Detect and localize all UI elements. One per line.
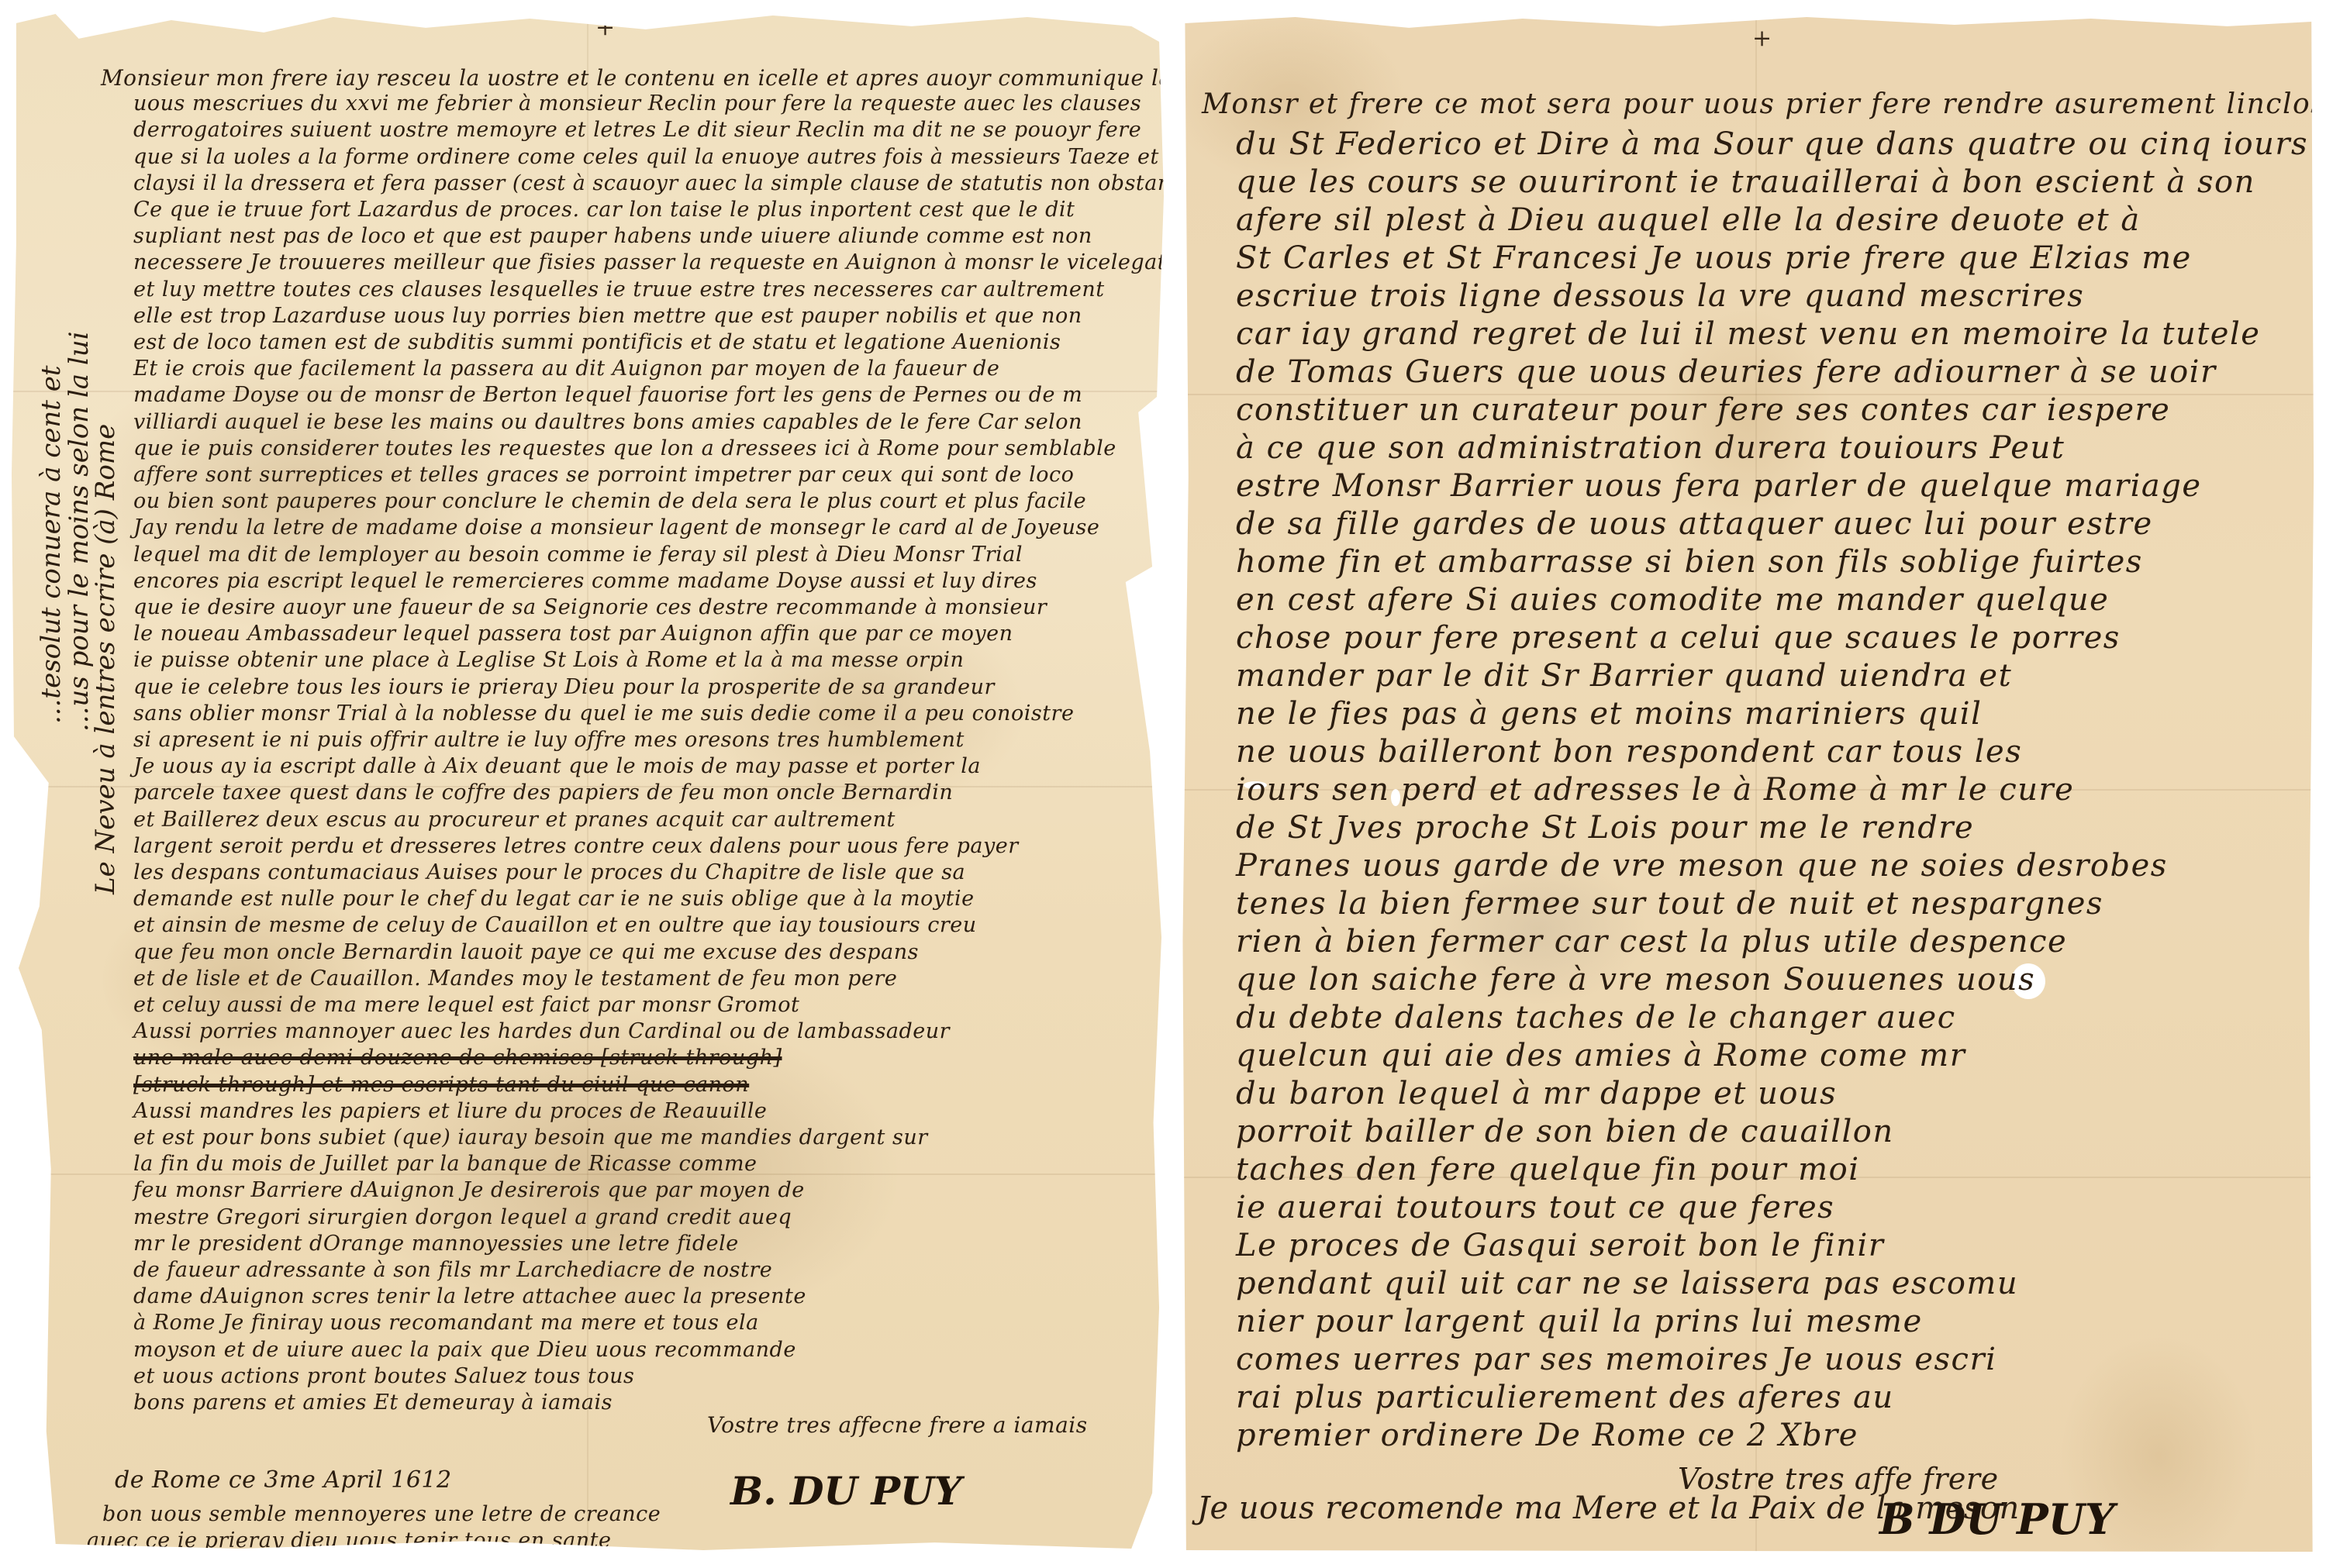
letter-line: [struck through] et mes escripts tant du… xyxy=(133,1073,749,1097)
signature: B DU PUY xyxy=(1879,1494,2114,1544)
letter-line: Monsr et frere ce mot sera pour uous pri… xyxy=(1202,88,2318,120)
letter-line: mr le president dOrange mannoyessies une… xyxy=(133,1232,739,1256)
letter-line: largent seroit perdu et dresseres letres… xyxy=(133,834,1019,858)
margin-note: ...tesolut conuera à cent et xyxy=(36,365,67,724)
letter-line: elle est trop Lazarduse uous luy porries… xyxy=(133,304,1082,328)
letter-line: que ie celebre tous les iours ie prieray… xyxy=(133,675,995,699)
letter-line: en cest afere Si auies comodite me mande… xyxy=(1236,582,2109,618)
letter-line: pendant quil uit car ne se laissera pas … xyxy=(1236,1266,2018,1301)
letter-line: supliant nest pas de loco et que est pau… xyxy=(133,224,1092,248)
letter-line: estre Monsr Barrier uous fera parler de … xyxy=(1236,468,2202,504)
letter-line: quelcun qui aie des amies à Rome come mr xyxy=(1236,1038,1965,1073)
letter-line: rai plus particulierement des aferes au xyxy=(1236,1380,1894,1415)
letter-line: si apresent ie ni puis offrir aultre ie … xyxy=(133,728,965,752)
postscript-line: auec ce ie prieray dieu uous tenir tous … xyxy=(87,1528,611,1552)
postscript-line: bon uous semble mennoyeres une letre de … xyxy=(102,1502,661,1526)
letter-line: et ainsin de mesme de celuy de Cauaillon… xyxy=(133,913,977,937)
letter-line: bons parens et amies Et demeuray à iamai… xyxy=(133,1391,613,1415)
letter-line: Et ie crois que facilement la passera au… xyxy=(133,357,999,381)
letter-line: de St Jves proche St Lois pour me le ren… xyxy=(1236,810,1974,846)
signature: B. DU PUY xyxy=(730,1468,961,1514)
closing-formula: Vostre tres affecne frere a iamais xyxy=(707,1412,1088,1438)
letter-line: ne uous bailleront bon respondent car to… xyxy=(1236,734,2022,770)
letter-line: ou bien sont pauperes pour conclure le c… xyxy=(133,489,1086,513)
letter-line: de Tomas Guers que uous deuries fere adi… xyxy=(1236,354,2217,390)
letter-line: ie puisse obtenir une place à Leglise St… xyxy=(133,648,964,672)
top-cross-mark: + xyxy=(595,14,615,41)
letter-line: le noueau Ambassadeur lequel passera tos… xyxy=(133,622,1013,646)
letter-line: escriue trois ligne dessous la vre quand… xyxy=(1236,278,2084,314)
letter-line: de sa fille gardes de uous attaquer auec… xyxy=(1236,506,2153,542)
letter-line: mander par le dit Sr Barrier quand uiend… xyxy=(1236,658,2012,694)
letter-line: affere sont surreptices et telles graces… xyxy=(133,463,1074,487)
letter-line: premier ordinere De Rome ce 2 Xbre xyxy=(1236,1418,1858,1453)
letter-line: constituer un curateur pour fere ses con… xyxy=(1236,392,2170,428)
letter-line: que lon saiche fere à vre meson Souuenes… xyxy=(1236,962,2035,998)
letter-line: St Carles et St Francesi Je uous prie fr… xyxy=(1236,240,2192,276)
letter-line: claysi il la dressera et fera passer (ce… xyxy=(133,171,1166,195)
dateline: de Rome ce 3me April 1612 xyxy=(115,1466,452,1494)
letter-line: lequel ma dit de lemployer au besoin com… xyxy=(133,543,1023,567)
letter-line: rien à bien fermer car cest la plus util… xyxy=(1236,924,2067,960)
letter-line: Jay rendu la letre de madame doise a mon… xyxy=(133,515,1099,539)
letter-line: à Rome Je finiray uous recomandant ma me… xyxy=(133,1311,759,1335)
letter-line: uous mescriues du xxvi me febrier à mons… xyxy=(133,91,1141,115)
letter-line: une male auec demi douzene de chemises [… xyxy=(133,1046,782,1070)
letter-line: et luy mettre toutes ces clauses lesquel… xyxy=(133,277,1105,302)
letter-line: home fin et ambarrasse si bien son fils … xyxy=(1236,544,2143,580)
letter-line: car iay grand regret de lui il mest venu… xyxy=(1236,316,2260,352)
letter-line: et uous actions pront boutes Saluez tous… xyxy=(133,1364,634,1388)
letter-line: madame Doyse ou de monsr de Berton leque… xyxy=(133,383,1082,407)
letter-line: Pranes uous garde de vre meson que ne so… xyxy=(1236,848,2168,884)
right-letter-sheet: + Monsr et frere ce mot sera pour uous p… xyxy=(1182,14,2318,1558)
letter-line: que les cours se ouuriront ie trauailler… xyxy=(1236,164,2255,200)
letter-line: du St Federico et Dire à ma Sour que dan… xyxy=(1236,126,2308,162)
letter-line: derrogatoires suiuent uostre memoyre et … xyxy=(133,118,1141,142)
letter-line: les despans contumaciaus Auises pour le … xyxy=(133,860,965,884)
letter-line: encores pia escript lequel le remerciere… xyxy=(133,569,1037,593)
letter-line: du baron lequel à mr dappe et uous xyxy=(1236,1076,1837,1111)
letter-line: et est pour bons subiet (que) iauray bes… xyxy=(133,1125,928,1149)
letter-line: necessere Je trouueres meilleur que fisi… xyxy=(133,250,1166,274)
letter-line: nier pour largent quil la prins lui mesm… xyxy=(1236,1304,1923,1339)
letter-line: villiardi auquel ie bese les mains ou da… xyxy=(133,410,1082,434)
letter-line: du debte dalens taches de le changer aue… xyxy=(1236,1000,1956,1036)
letter-line: sans oblier monsr Trial à la noblesse du… xyxy=(133,701,1074,725)
letter-line: est de loco tamen est de subditis summi … xyxy=(133,330,1061,354)
letter-line: Monsieur mon frere iay resceu la uostre … xyxy=(101,65,1166,91)
letter-line: Je uous ay ia escript dalle à Aix deuant… xyxy=(133,754,981,778)
closing-right: Vostre tres affe frere xyxy=(1678,1462,1999,1496)
letter-line: à ce que son administration durera touio… xyxy=(1236,430,2065,466)
letter-line: demande est nulle pour le chef du legat … xyxy=(133,887,975,911)
letter-line: iours sen perd et adresses le à Rome à m… xyxy=(1236,772,2074,808)
letter-line: mestre Gregori sirurgien dorgon lequel a… xyxy=(133,1205,792,1229)
letter-line: chose pour fere present a celui que scau… xyxy=(1236,620,2121,656)
letter-line: dame dAuignon scres tenir la letre attac… xyxy=(133,1284,806,1308)
top-cross-mark: + xyxy=(1752,25,1772,52)
letter-line: la fin du mois de Juillet par la banque … xyxy=(133,1152,758,1176)
letter-line: moyson et de uiure auec la paix que Dieu… xyxy=(133,1338,796,1362)
margin-note: Le Neveu à lentres ecrire (à) Rome xyxy=(90,424,121,894)
letter-line: ne le fies pas à gens et moins mariniers… xyxy=(1236,696,1982,732)
letter-line: feu monsr Barriere dAuignon Je desireroi… xyxy=(133,1178,805,1202)
letter-line: ie auerai toutours tout ce que feres xyxy=(1236,1190,1834,1225)
letter-line: que ie puis considerer toutes les reques… xyxy=(133,436,1116,460)
letter-line: porroit bailler de son bien de cauaillon xyxy=(1236,1114,1894,1149)
letter-line: afere sil plest à Dieu auquel elle la de… xyxy=(1236,202,2141,238)
letter-line: que feu mon oncle Bernardin lauoit paye … xyxy=(133,940,919,964)
letter-line: comes uerres par ses memoires Je uous es… xyxy=(1236,1342,1996,1377)
letter-line: et celuy aussi de ma mere lequel est fai… xyxy=(133,993,799,1017)
letter-line: parcele taxee quest dans le coffre des p… xyxy=(133,781,953,805)
letter-line: Le proces de Gasqui seroit bon le finir xyxy=(1236,1228,1884,1263)
letter-line: taches den fere quelque fin pour moi xyxy=(1236,1152,1860,1187)
letter-line: et Baillerez deux escus au procureur et … xyxy=(133,808,896,832)
letter-line: Aussi mandres les papiers et liure du pr… xyxy=(133,1099,767,1123)
letter-line: et de lisle et de Cauaillon. Mandes moy … xyxy=(133,967,897,991)
letter-line: Ce que ie truue fort Lazardus de proces.… xyxy=(133,198,1075,222)
letter-line: Aussi porries mannoyer auec les hardes d… xyxy=(133,1019,950,1043)
left-letter-sheet: + ...tesolut conuera à cent et ...us pou… xyxy=(9,11,1166,1555)
letter-line: de faueur adressante à son fils mr Larch… xyxy=(133,1258,772,1282)
letter-line: tenes la bien fermee sur tout de nuit et… xyxy=(1236,886,2103,922)
letter-line: que ie desire auoyr une faueur de sa Sei… xyxy=(133,595,1047,619)
letter-line: que si la uoles a la forme ordinere come… xyxy=(133,145,1159,169)
